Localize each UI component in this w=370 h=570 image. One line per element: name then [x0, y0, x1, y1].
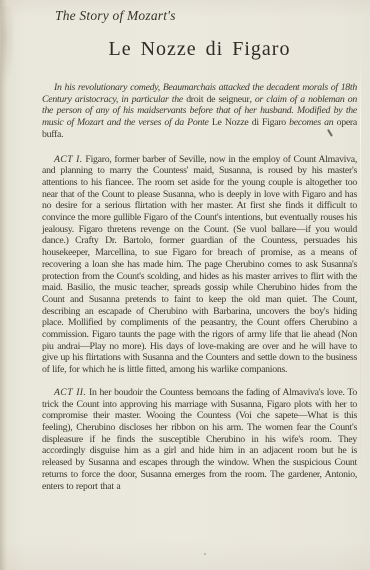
- scanned-book-page: The Story of Mozart's Le Nozze di Figaro…: [0, 0, 370, 570]
- series-kicker: The Story of Mozart's: [55, 7, 357, 25]
- paper-speck: [204, 553, 206, 555]
- act2-paragraph: ACT II. In her boudoir the Countess bemo…: [42, 387, 357, 492]
- scan-corner-smudge: [1, 6, 15, 86]
- scan-scratch-line: [360, 55, 361, 525]
- act1-paragraph: ACT I. Figaro, former barber of Seville,…: [42, 154, 357, 376]
- act2-text: In her boudoir the Countess bemoans the …: [42, 387, 357, 492]
- act1-heading: ACT I.: [54, 154, 83, 165]
- act1-text: Figaro, former barber of Seville, now in…: [42, 154, 357, 376]
- page-title: Le Nozze di Figaro: [42, 36, 357, 62]
- page-content: The Story of Mozart's Le Nozze di Figaro…: [42, 7, 357, 492]
- intro-segment-roman: droit de seigneur: [186, 94, 249, 105]
- intro-paragraph: In his revolutionary comedy, Beaumarchai…: [42, 82, 357, 141]
- intro-segment-roman: Le Nozze di Figaro: [212, 117, 289, 128]
- page-left-edge-shadow: [0, 0, 8, 570]
- intro-segment-italic: becomes an: [289, 117, 336, 128]
- act2-heading: ACT II.: [54, 387, 86, 398]
